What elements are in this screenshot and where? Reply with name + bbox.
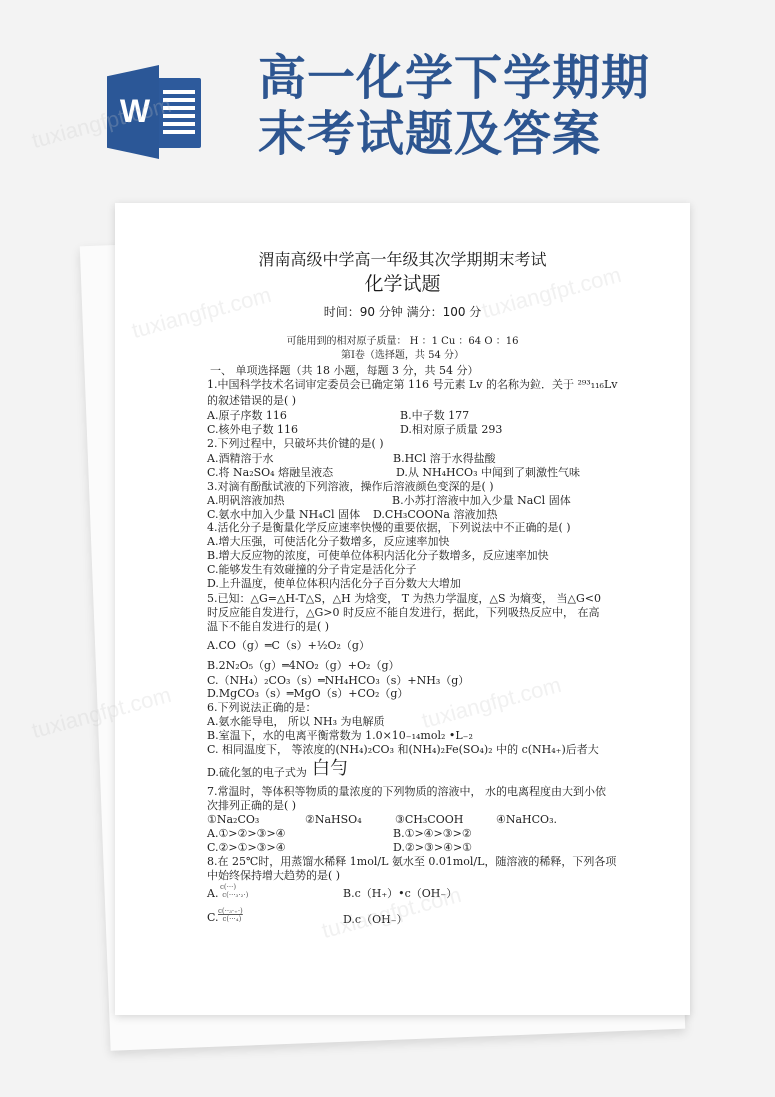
question-2-stem: 2.下列过程中，只破坏共价键的是( ) [207, 437, 384, 450]
word-icon-letter: W [115, 93, 155, 130]
option: A.氨水能导电， 所以 NH₃ 为电解质 [207, 715, 385, 728]
question-8-stem: 中始终保持增大趋势的是( ) [207, 869, 340, 882]
option: D.相对原子质量 293 [400, 423, 502, 436]
word-icon-line [163, 114, 195, 118]
word-icon-line [163, 122, 195, 126]
option: C.②>①>③>④ [207, 841, 286, 854]
substance: ②NaHSO₄ [305, 813, 362, 826]
electron-formula-image: 白勻 [312, 759, 348, 779]
option: D.上升温度，使单位体积内活化分子百分数大大增加 [207, 577, 461, 590]
word-icon-page [155, 78, 201, 148]
school-title: 渭南高级中学高一年级其次学期期末考试 [115, 247, 690, 270]
option: C.氨水中加入少量 NH₄Cl 固体 [207, 508, 360, 521]
part-header: 一、 单项选择题（共 18 小题，每题 3 分，共 54 分） [210, 364, 478, 377]
option: A.CO（g）═C（s）+½O₂（g） [207, 639, 370, 652]
option: B.2N₂O₅（g）═4NO₂（g）+O₂（g） [207, 659, 399, 672]
option: C. 相同温度下， 等浓度的(NH₄)₂CO₃ 和(NH₄)₂Fe(SO₄)₂ … [207, 743, 599, 756]
option: D.MgCO₃（s）═MgO（s）+CO₂（g） [207, 687, 408, 700]
substance: ④NaHCO₃. [496, 813, 557, 826]
title-line-2: 末考试题及答案 [258, 106, 650, 162]
question-5-stem: 时反应能自发进行，△G>0 时反应不能自发进行，据此，下列吸热反应中， 在高 [207, 606, 599, 619]
question-1-stem: 1.中国科学技术名词审定委员会已确定第 116 号元素 Lv 的名称为鉝．关于 … [207, 378, 617, 391]
document-page: 渭南高级中学高一年级其次学期期末考试 化学试题 时间：90 分钟 满分：100 … [115, 203, 690, 1015]
option: A. [207, 887, 218, 900]
question-8-stem: 8.在 25℃时，用蒸馏水稀释 1mol/L 氨水至 0.01mol/L，随溶液… [207, 855, 616, 868]
option: A.酒精溶于水 [207, 452, 273, 465]
substance: ①Na₂CO₃ [207, 813, 259, 826]
word-icon-line [163, 98, 195, 102]
option: B.c（H₊）•c（OH₋） [343, 887, 457, 900]
option: B.①>④>③>② [393, 827, 472, 840]
option: A.增大压强，可使活化分子数增多，反应速率加快 [207, 535, 449, 548]
option: C.核外电子数 116 [207, 423, 298, 436]
time-info: 时间：90 分钟 满分：100 分 [115, 303, 690, 320]
page-title: 高一化学下学期期 末考试题及答案 [258, 50, 650, 162]
question-5-stem: 温下不能自发进行的是( ) [207, 620, 329, 633]
option: A.明矾溶液加热 [207, 494, 284, 507]
option: C.（NH₄）₂CO₃（s）═NH₄HCO₃（s）+NH₃（g） [207, 674, 469, 687]
option: B.中子数 177 [400, 409, 469, 422]
word-icon-line [163, 90, 195, 94]
question-4-stem: 4.活化分子是衡量化学反应速率快慢的重要依据，下列说法中不正确的是( ) [207, 521, 571, 534]
substance: ③CH₃COOH [395, 813, 463, 826]
option: A.①>②>③>④ [207, 827, 286, 840]
page-header: W 高一化学下学期期 末考试题及答案 [0, 0, 775, 200]
fraction-formula: c(··₃·₊·) c(···₄) [218, 907, 243, 923]
question-1-stem: 的叙述错误的是( ) [207, 394, 296, 407]
option: D.②>③>④>① [393, 841, 472, 854]
option: B.小苏打溶液中加入少量 NaCl 固体 [392, 494, 571, 507]
word-icon-line [163, 130, 195, 134]
word-document-icon: W [107, 65, 207, 160]
option: C.能够发生有效碰撞的分子肯定是活化分子 [207, 563, 417, 576]
option: D.从 NH₄HCO₃ 中闻到了刺激性气味 [396, 466, 580, 479]
subject-title: 化学试题 [115, 269, 690, 296]
question-5-stem: 5.已知：△G=△H-T△S，△H 为焓变， T 为热力学温度，△S 为熵变， … [207, 592, 601, 605]
option: B.室温下，水的电离平衡常数为 1.0×10₋₁₄mol₂ •L₋₂ [207, 729, 473, 742]
title-line-1: 高一化学下学期期 [258, 50, 650, 106]
option: A.原子序数 116 [207, 409, 287, 422]
option: D.c（OH₋） [343, 913, 408, 926]
option: B.增大反应物的浓度，可使单位体积内活化分子数增多，反应速率加快 [207, 549, 549, 562]
question-7-stem: 次排列正确的是( ) [207, 799, 296, 812]
atomic-masses: 可能用到的相对原子质量： H ：1 Cu ：64 O ：16 [115, 335, 690, 348]
option: D.硫化氢的电子式为 [207, 766, 307, 779]
question-7-stem: 7.常温时，等体积等物质的量浓度的下列物质的溶液中， 水的电离程度由大到小依 [207, 785, 606, 798]
option: C. [207, 911, 219, 924]
fraction-formula: c(···) c(···₃·₂·) [220, 883, 248, 899]
question-6-stem: 6.下列说法正确的是： [207, 701, 317, 714]
question-3-stem: 3.对滴有酚酞试液的下列溶液，操作后溶液颜色变深的是( ) [207, 480, 494, 493]
option: B.HCl 溶于水得盐酸 [393, 452, 496, 465]
section-header: 第Ⅰ卷（选择题，共 54 分） [115, 349, 690, 362]
option: D.CH₃COONa 溶液加热 [373, 508, 497, 521]
word-icon-line [163, 106, 195, 110]
option: C.将 Na₂SO₄ 熔融呈液态 [207, 466, 333, 479]
